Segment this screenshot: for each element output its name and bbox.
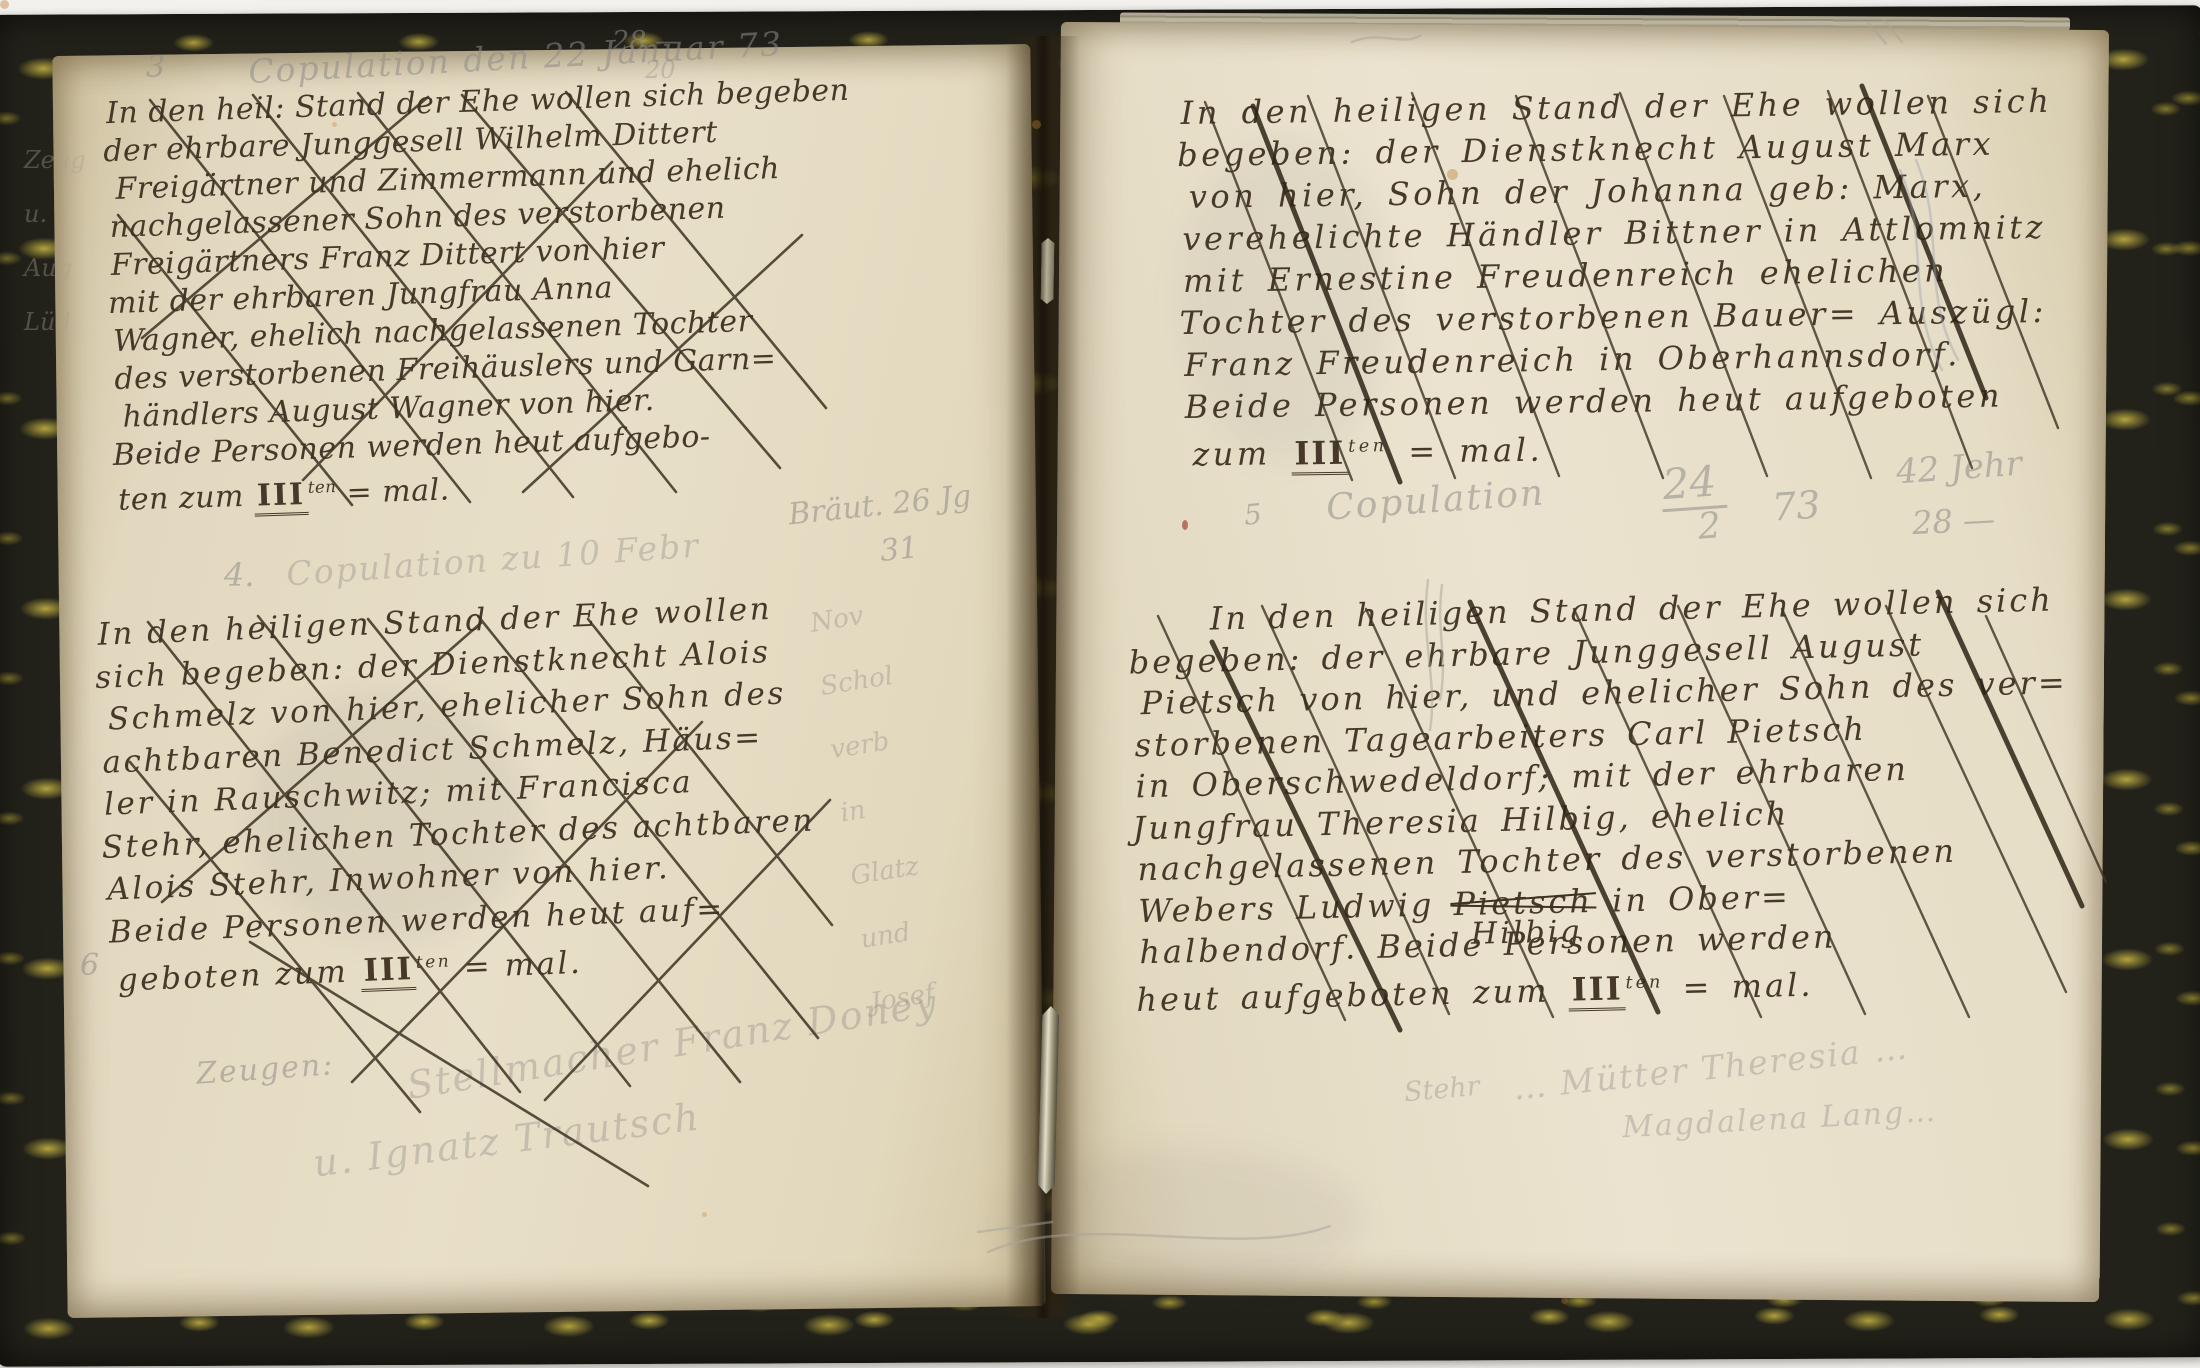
struck-word-wrap: PietschHilbig xyxy=(1453,880,1593,925)
margin-pencil-word: Zeug xyxy=(24,146,100,174)
date-denominator: 2 xyxy=(1697,505,1723,547)
entry-pietsch-lines-before: In den heiligen Stand der Ehe wollen sic… xyxy=(1131,580,2047,891)
entry-4-text: In den heiligen Stand der Ehe wollensich… xyxy=(97,586,826,1002)
left-margin-pencil-column: Zeugu.AugLüd xyxy=(24,146,100,336)
margin-number-6: 6 xyxy=(80,948,99,983)
corner-pencil-age: 28 — xyxy=(612,26,682,57)
entry-3-number: 3 xyxy=(146,50,165,85)
gutter-pencil-word: Glatz xyxy=(848,845,961,892)
entry-5-year: 73 xyxy=(1771,482,1822,529)
gutter-pencil-word: und xyxy=(858,908,971,955)
entry-5-number: 5 xyxy=(1243,497,1264,531)
gutter-pencil-word: verb xyxy=(828,718,941,765)
entry-pietsch-text: In den heiligen Stand der Ehe wollen sic… xyxy=(1131,580,2050,1021)
entry-4-number: 4. xyxy=(224,556,255,594)
gutter-pencil-word: in xyxy=(838,782,951,829)
margin-pencil-word: Lüd xyxy=(24,308,100,336)
foxing-spots xyxy=(0,0,9,9)
metal-pin xyxy=(1040,238,1054,304)
entry-marx-text: In den heiligen Stand der Ehe wollen sic… xyxy=(1180,80,2045,476)
bottom-pencil-note-1: Stehr xyxy=(1403,1071,1481,1108)
margin-pencil-word: u. xyxy=(24,200,100,228)
struck-line-post: in Ober= xyxy=(1593,877,1792,919)
bride-age-pencil-right: 28 — xyxy=(1911,500,1996,542)
scanned-register-photo: { "left_page": { "corner_pencil": {"line… xyxy=(0,0,2200,1368)
entry-3-text: In den heil: Stand der Ehe wollen sich b… xyxy=(105,73,818,520)
margin-pencil-word: Aug xyxy=(24,254,100,282)
graphite-smudge xyxy=(1000,1150,1360,1290)
correction-word: Hilbig xyxy=(1470,911,1583,955)
entry-5-date-fraction: 24 2 xyxy=(1659,456,1731,550)
gutter-pencil-word: Schol xyxy=(818,655,931,702)
struck-line-pre: Webers Ludwig xyxy=(1138,885,1454,930)
red-ink-speck xyxy=(1182,520,1188,530)
bride-age-pencil2: 31 xyxy=(878,530,920,569)
